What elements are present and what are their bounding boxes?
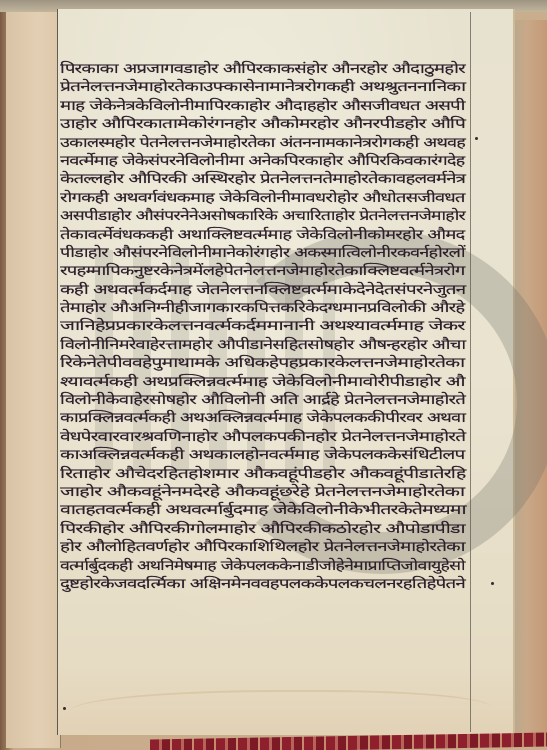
text-line: विलोनीनिमरेवाहेरत्तामहोर औपीडानेसहितसोषह… — [60, 336, 470, 354]
adjacent-page-left — [6, 12, 61, 748]
text-line: रिकेनेतेपीववहेपुमाथामके अधिकहेपहप्रकारके… — [60, 354, 470, 372]
text-line: नवर्त्मेमाह जेकेसंपरनेविलोनीमा अनेकपिरका… — [60, 152, 470, 170]
text-line: वेधपेरवारवारश्रवणिनाहोर औपलकपकीनहोर प्रे… — [60, 428, 470, 446]
text-line: श्यावर्त्मकही अथप्रक्लिन्नवर्त्ममाह जेके… — [60, 373, 470, 391]
text-line: कही अथवर्त्मकर्दमाह जेतनेलत्तनक्लिष्टवर्… — [60, 281, 470, 299]
text-line: रपहम्मापिकनुष्टरकेनेत्रमेंलहेपेतनेलत्तनज… — [60, 262, 470, 280]
text-line: केतल्लहोर औपिरकी अस्थिरहोर प्रेतनेलत्तनत… — [60, 170, 470, 188]
text-line: जाहोर औकवहूंनेनमदेरहे औकवहूंछरेहे प्रेतन… — [60, 483, 470, 501]
text-line: दुष्टहोरकेजवदर्त्मिका अक्षिनमेनववहपलककेप… — [60, 575, 470, 593]
text-line: पीडाहोर औसंपरनेविलोनीमानेकोरंगहोर अकस्मा… — [60, 244, 470, 262]
text-line: रोगकही अथवर्गवंधकमाह जेकेविलोनीमावधरोहोर… — [60, 189, 470, 207]
ink-dot — [491, 582, 494, 585]
text-line: माह जेकेनेत्रकेविलोनीमापिरकाहोर औदाहहोर … — [60, 97, 470, 115]
text-line: जानिहेप्रप्रकारकेलत्तनवर्त्मकर्दममानानी … — [60, 317, 470, 335]
text-line: पिरकीहोर औपिरकीगोलमाहोर औपिरकीकठोरहोर औप… — [60, 520, 470, 538]
text-line: असपीडाहोर औसंपरनेनेअसोषकारिके अचारिताहोर… — [60, 207, 470, 225]
text-line: काअक्लिन्नवर्त्मकही अथकालहोनवर्त्ममाह जे… — [60, 446, 470, 464]
text-line: विलोनीकेवाहेरसोषहोर औविलोनी अति आर्द्रहे… — [60, 391, 470, 409]
text-line: उकालस्महोर पेतनेलत्तनजेमाहोरतेका अंतननाम… — [60, 134, 470, 152]
text-line: तेमाहोर औअनिग्नीहीजागकारकपित्तकरिकेदग्धम… — [60, 299, 470, 317]
text-line: काप्रक्लिन्नवर्त्मकही अथअक्लिन्नवर्त्ममा… — [60, 409, 470, 427]
text-line: तेकावर्त्मेवंधककही अथाक्लिष्टवर्त्ममाह ज… — [60, 226, 470, 244]
text-line: होर औलोहितवर्णहोर औपिरकाशिथिलहोर प्रेतने… — [60, 538, 470, 556]
text-line: प्रेतनेलत्तनजेमाहोरतेकाउफ्कासेनामानेत्रर… — [60, 78, 470, 96]
ink-dot — [475, 137, 478, 140]
text-line: वर्त्मार्बुदकही अथनिमेषमाह जेकेपलककेनाडी… — [60, 557, 470, 575]
ink-dot — [63, 707, 66, 710]
water-stain — [70, 690, 490, 732]
manuscript-text: पिरकाका अप्रजागवडाहोर औपिरकाकसंहोर औनरहो… — [60, 60, 470, 593]
margin-rule-right — [470, 12, 471, 732]
text-line: पिरकाका अप्रजागवडाहोर औपिरकाकसंहोर औनरहो… — [60, 60, 470, 78]
text-line: वातहतवर्त्मकही अथवर्त्मार्बुदमाह जेकेविल… — [60, 501, 470, 519]
text-line: उाहोर औपिरकातामेकोरंगनहोर औकोमरहोर औनरपी… — [60, 115, 470, 133]
text-line: रिताहोर औचेदरहितहोशमार औकवहूंपीडहोर औकवह… — [60, 465, 470, 483]
margin-rule-left — [57, 9, 58, 735]
